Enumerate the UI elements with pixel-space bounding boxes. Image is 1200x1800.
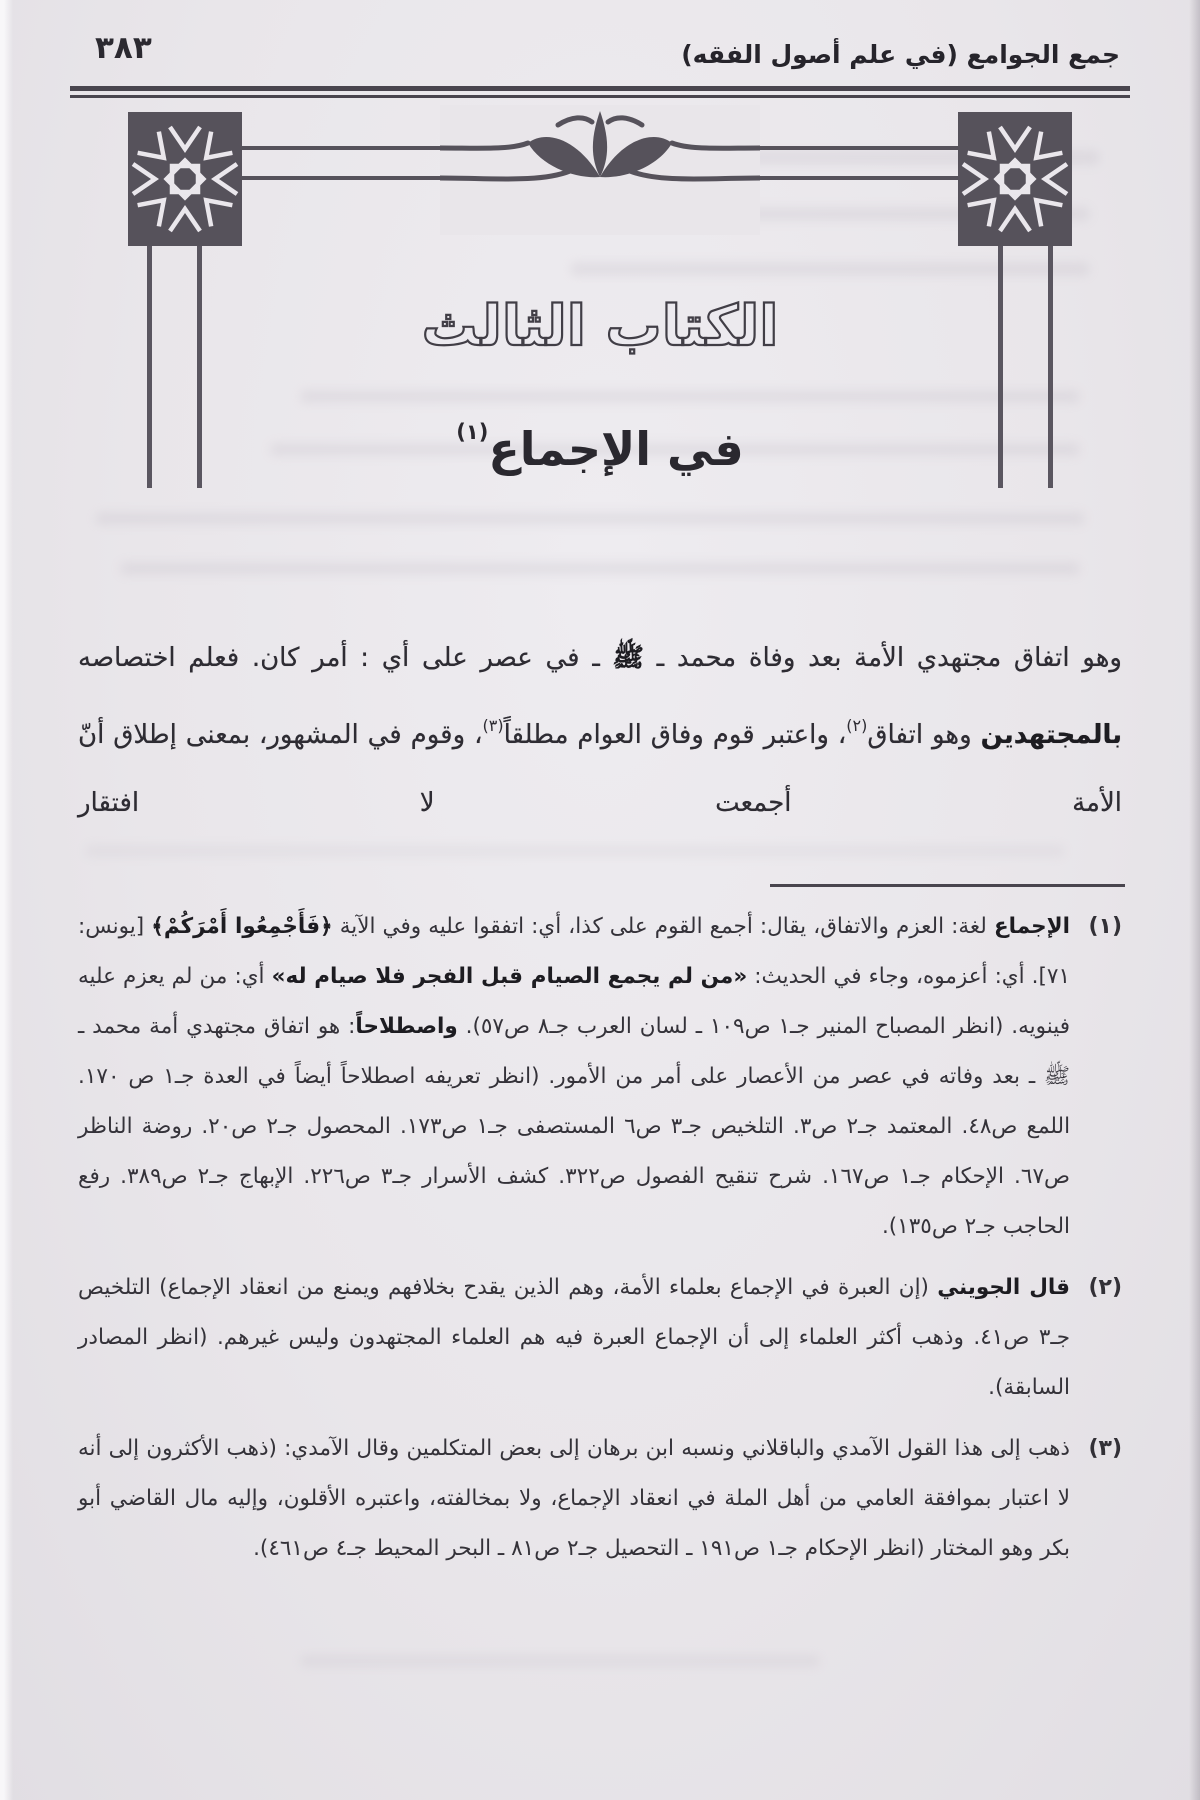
ornament-rule [752,176,962,180]
fleuron-icon [440,105,760,235]
footnote-text: ذهب إلى هذا القول الآمدي والباقلاني ونسب… [78,1424,1070,1574]
book-header-title: جمع الجوامع (في علم أصول الفقه) [681,40,1120,69]
footnote-ref: (١) [456,420,488,444]
girih-star-icon [128,112,242,246]
chapter-subtitle-text: في الإجماع [488,422,743,476]
body-paragraph: وهو اتفاق مجتهدي الأمة بعد وفاة محمد ـ ﷺ… [78,624,1122,837]
book-title: الكتاب الثالث [0,294,1200,359]
ornament-rule [238,176,448,180]
footnote-2: (٢) قال الجويني (إن العبرة في الإجماع بع… [78,1263,1122,1413]
footnotes-section: (١) الإجماع لغة: العزم والاتفاق، يقال: أ… [78,902,1122,1585]
footnote-text: الإجماع لغة: العزم والاتفاق، يقال: أجمع … [78,902,1070,1252]
footnote-number: (١) [1070,902,1122,1252]
bleed-through [120,562,1080,575]
footnote-number: (٢) [1070,1263,1122,1413]
footnote-text: قال الجويني (إن العبرة في الإجماع بعلماء… [78,1263,1070,1413]
page-edge-right [1189,0,1200,1800]
page-edge-left [0,0,13,1800]
bleed-through [95,512,1085,525]
bleed-through [300,1655,820,1667]
bleed-through [85,845,1065,857]
header-rule [70,86,1130,98]
ornament-rule [752,146,962,150]
chapter-subtitle: في الإجماع(١) [0,420,1200,476]
footnote-1: (١) الإجماع لغة: العزم والاتفاق، يقال: أ… [78,902,1122,1252]
ornament-rule [238,146,448,150]
girih-star-icon [958,112,1072,246]
bleed-through [300,390,1080,403]
footnote-separator [770,884,1125,887]
book-page: ٣٨٣ جمع الجوامع (في علم أصول الفقه) [0,0,1200,1800]
page-number: ٣٨٣ [95,30,152,66]
footnote-number: (٣) [1070,1424,1122,1574]
footnote-3: (٣) ذهب إلى هذا القول الآمدي والباقلاني … [78,1424,1122,1574]
bleed-through [570,262,1090,276]
